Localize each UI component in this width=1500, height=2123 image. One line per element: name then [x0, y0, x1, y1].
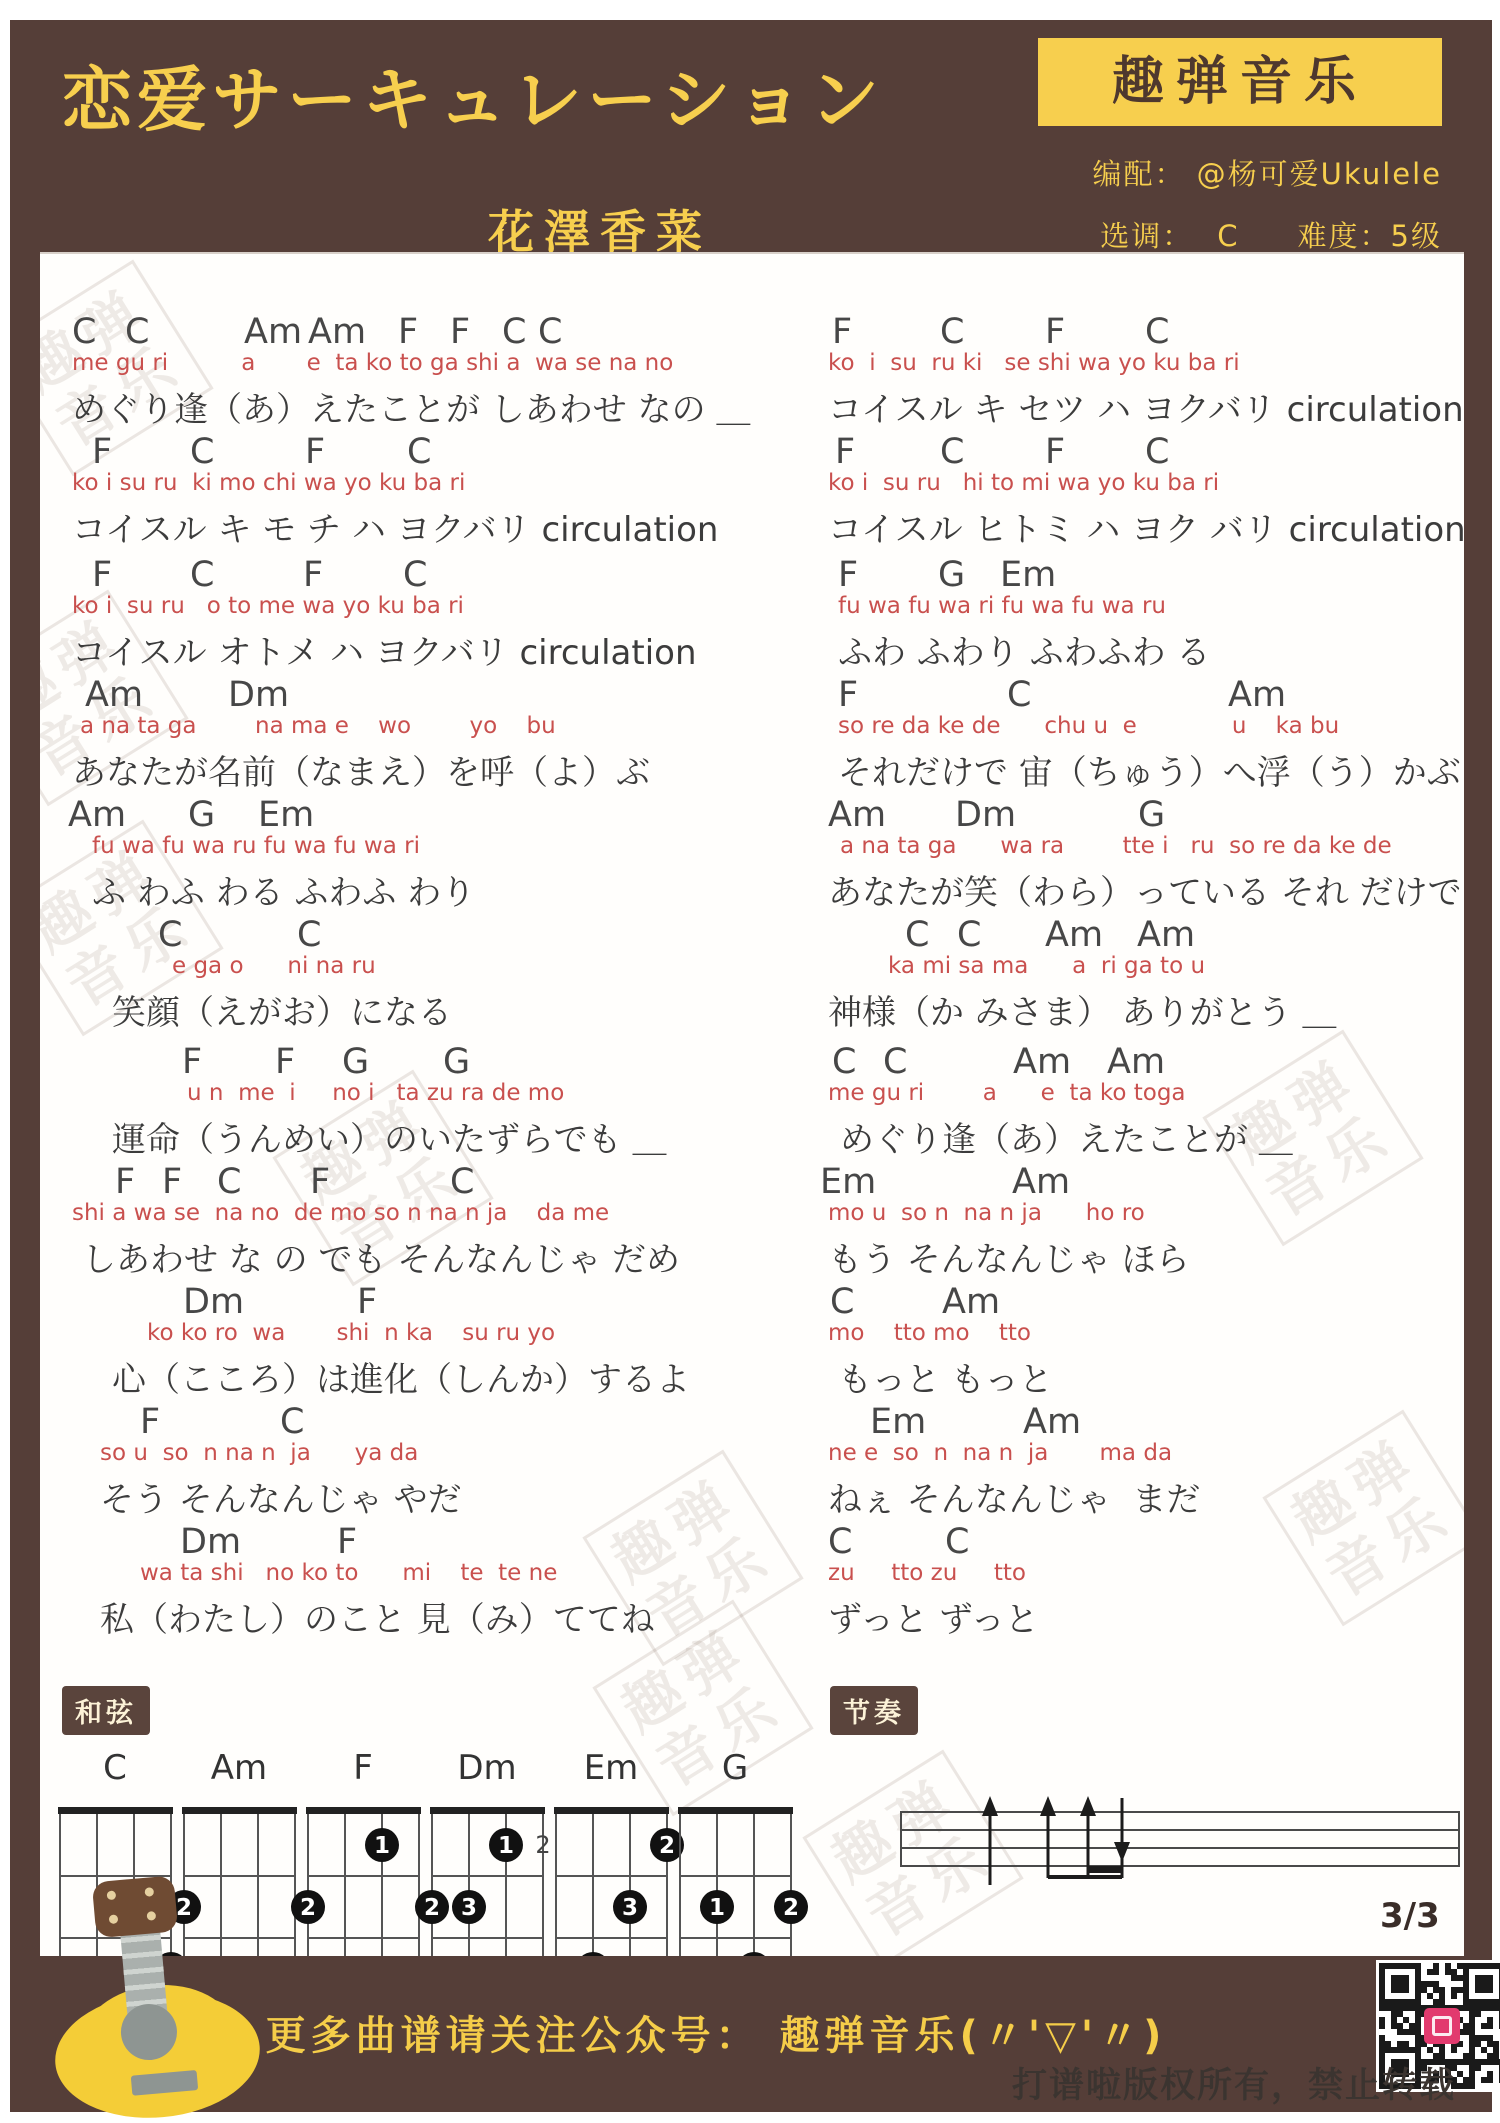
brand-stamp-watermark: 趣弹音乐 [40, 590, 189, 807]
svg-text:2: 2 [300, 1895, 316, 1921]
brand-box: 趣弹音乐 [1038, 38, 1442, 126]
brand-stamp-watermark: 趣弹音乐 [272, 1070, 493, 1287]
brand-stamp-watermark: 趣弹音乐 [1262, 1410, 1464, 1627]
beam-single [1048, 1875, 1122, 1879]
up-strum-arrowhead [982, 1796, 998, 1816]
ukulele-headstock [92, 1875, 179, 1938]
key-value: C [1217, 219, 1239, 253]
tuning-peg [109, 1914, 119, 1924]
ukulele-illustration [18, 1868, 278, 2123]
svg-text:2: 2 [783, 1895, 799, 1921]
tuning-peg [107, 1890, 117, 1900]
svg-text:3: 3 [461, 1895, 477, 1921]
difficulty-label: 难度： [1298, 219, 1391, 253]
svg-text:2: 2 [424, 1895, 440, 1921]
brand-name: 趣弹音乐 [1038, 38, 1442, 126]
up-strum-arrowhead [1040, 1796, 1056, 1816]
difficulty-value: 5级 [1391, 219, 1442, 253]
svg-text:3: 3 [622, 1895, 638, 1921]
arranger-credit: 编配： @杨可爱Ukulele [742, 152, 1442, 193]
tuning-peg [146, 1911, 156, 1921]
brand-stamp-watermark: 趣弹音乐 [40, 820, 224, 1037]
key-difficulty-row: 选调：C难度：5级 [742, 214, 1442, 255]
down-strum-arrowhead [1114, 1842, 1130, 1862]
svg-text:1: 1 [709, 1895, 725, 1921]
key-label: 选调： [1100, 219, 1193, 253]
svg-text:2: 2 [536, 1831, 551, 1859]
brand-stamp-watermark: 趣弹音乐 [1202, 1030, 1423, 1247]
chord-diagram-name: G [660, 1748, 810, 1790]
up-strum-arrowhead [1080, 1796, 1096, 1816]
copyright-watermark: 打谱啦版权所有，禁止转载 [1012, 2058, 1456, 2108]
chords-section-badge: 和弦 [62, 1686, 150, 1735]
beam-double [1088, 1866, 1122, 1873]
svg-text:1: 1 [374, 1833, 390, 1859]
stamp-watermark-layer: 趣弹音乐 趣弹音乐 趣弹音乐 趣弹音乐 趣弹音乐 趣弹音乐 趣弹音乐 趣弹音乐 … [40, 252, 1464, 1956]
footer-subscribe-text: 更多曲谱请关注公众号： 趣弹音乐(〃'▽'〃) [160, 2004, 1272, 2061]
rhythm-section-badge: 节奏 [830, 1686, 918, 1735]
qr-center-logo [1424, 2008, 1460, 2044]
strum-pattern-staff [900, 1790, 1470, 1900]
tuning-peg [144, 1887, 154, 1897]
svg-text:1: 1 [498, 1833, 514, 1859]
brand-stamp-watermark: 趣弹音乐 [40, 260, 214, 477]
song-title: 恋爱サーキュレーション [62, 44, 884, 145]
page-number: 3/3 [1380, 1896, 1440, 1936]
